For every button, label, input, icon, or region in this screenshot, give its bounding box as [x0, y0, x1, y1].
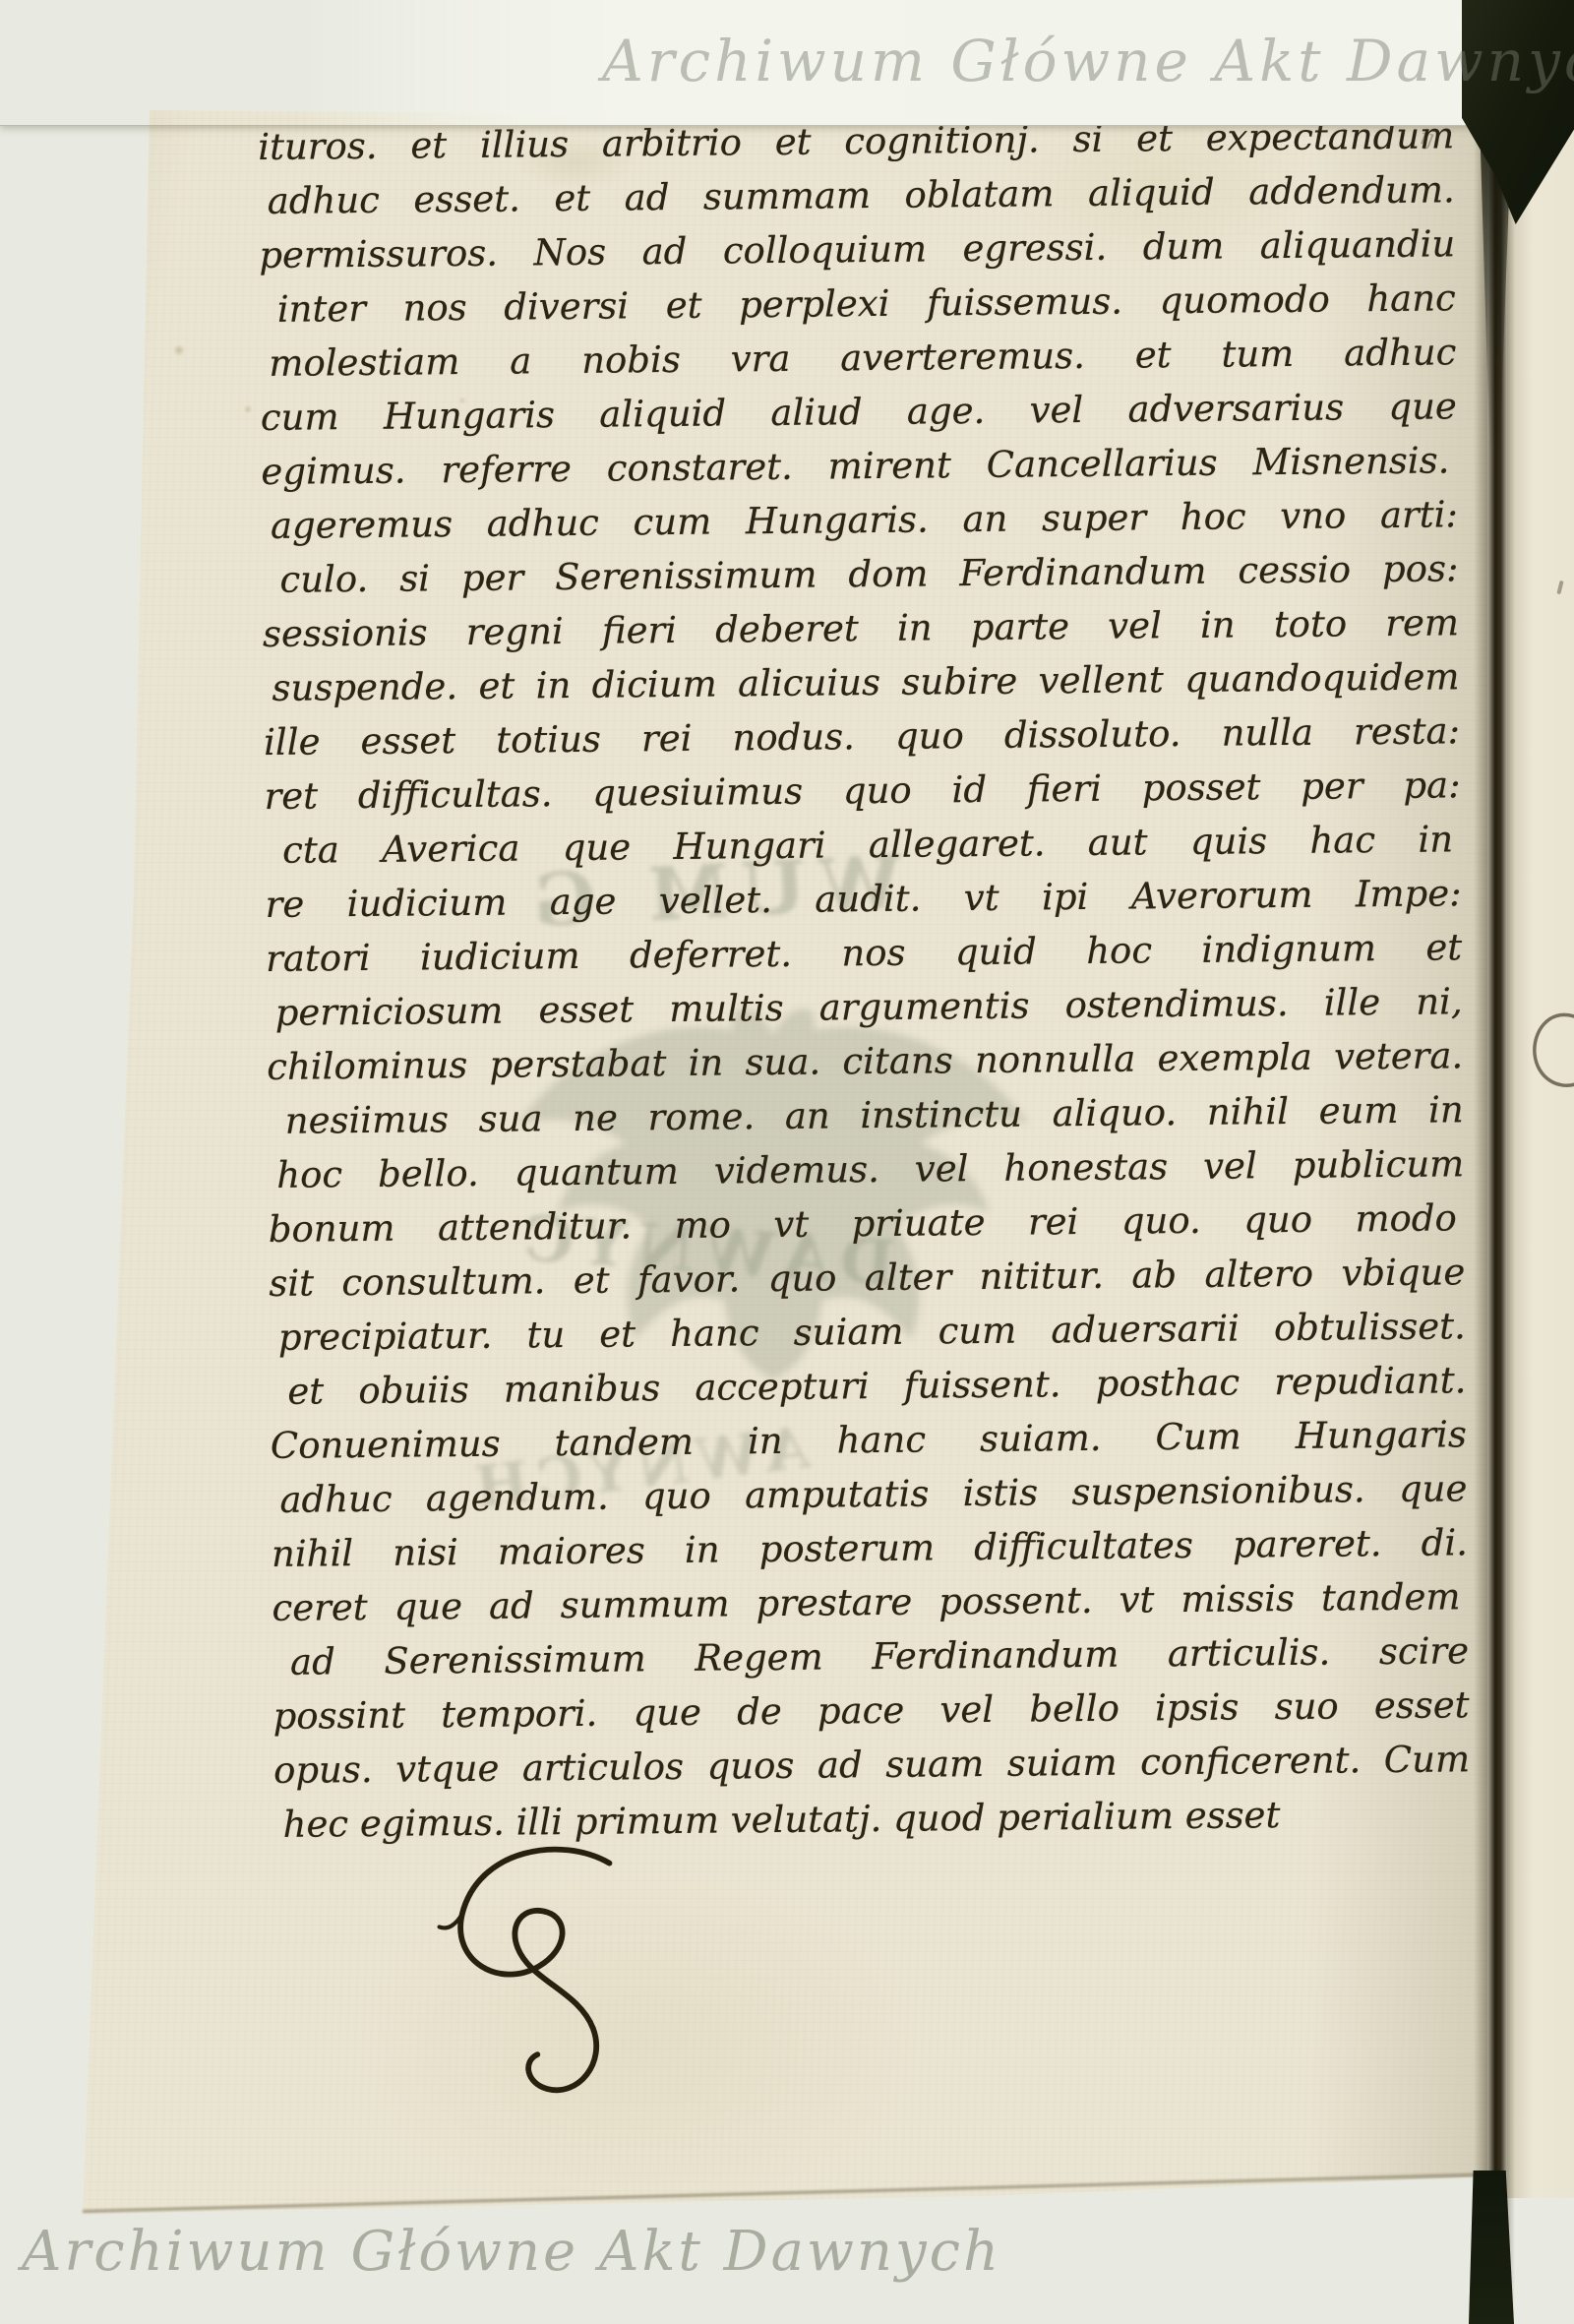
ink-speck [1556, 581, 1563, 595]
manuscript-page: WUM G DAWNYC AWNYCH 11 11 ij ituros. et … [0, 0, 1574, 2324]
ink-c-curve [1529, 1007, 1574, 1097]
pen-flourish [431, 1842, 628, 2104]
archive-watermark-bottom: Archiwum Główne Akt Dawnych [22, 2220, 1001, 2284]
manuscript-line: hec egimus. illi primum velutatj. quod p… [273, 1788, 1311, 1852]
top-sheet-edge [0, 0, 1487, 126]
manuscript-text-block: ituros. et illius arbitrio et cognitionj… [258, 108, 1471, 1852]
archival-scan: WUM G DAWNYC AWNYCH 11 11 ij ituros. et … [0, 0, 1574, 2324]
manuscript-line: opus. vtque articulos quos ad suam suiam… [273, 1732, 1470, 1798]
facing-page-edge [1507, 116, 1574, 2198]
